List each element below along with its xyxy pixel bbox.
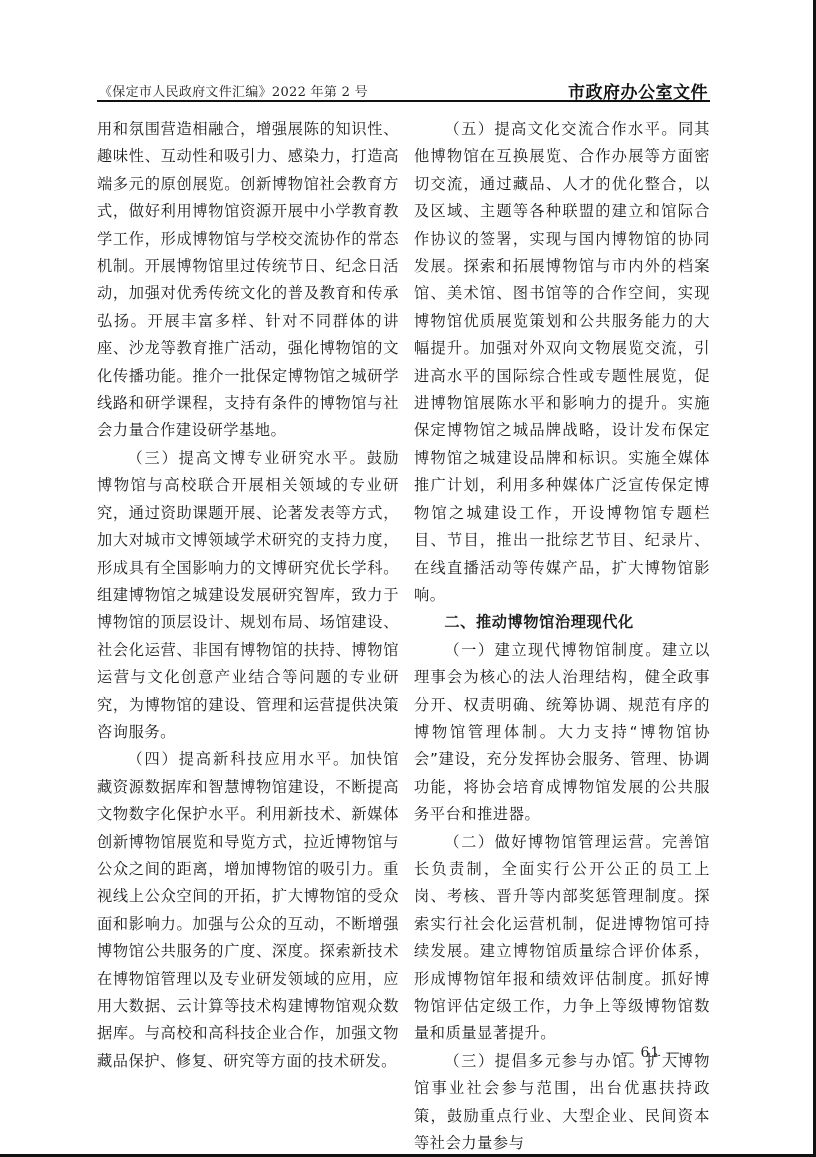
subsection-title: （一）建立现代博物馆制度。	[444, 641, 662, 659]
paragraph-body: 同其他博物馆在互换展览、合作办展等方面密切交流，通过藏品、人才的优化整合，以及区…	[414, 120, 710, 604]
paragraph-body: 建立以理事会为核心的法人治理结构，健全政事分开、权责明确、统筹协调、规范有序的博…	[414, 641, 710, 823]
publication-title: 《保定市人民政府文件汇编》2022 年第 2 号	[99, 81, 368, 100]
paragraph: （一）建立现代博物馆制度。建立以理事会为核心的法人治理结构，健全政事分开、权责明…	[414, 637, 710, 829]
subsection-title: （三）提倡多元参与办馆。	[444, 1052, 645, 1070]
paragraph-body: 鼓励博物馆与高校联合开展相关领域的专业研究，通过资助课题开展、论著发表等方式，加…	[97, 449, 399, 741]
paragraph: （四）提高新科技应用水平。加快馆藏资源数据库和智慧博物馆建设，不断提高文物数字化…	[97, 746, 399, 1075]
running-header: 《保定市人民政府文件汇编》2022 年第 2 号 市政府办公室文件	[97, 78, 710, 100]
paragraph: 用和氛围营造相融合，增强展陈的知识性、趣味性、互动性和吸引力、感染力，打造高端多…	[97, 116, 399, 445]
paragraph: （五）提高文化交流合作水平。同其他博物馆在互换展览、合作办展等方面密切交流，通过…	[414, 116, 710, 609]
paragraph: （三）提高文博专业研究水平。鼓励博物馆与高校联合开展相关领域的专业研究，通过资助…	[97, 445, 399, 746]
subsection-title: （四）提高新科技应用水平。	[127, 750, 350, 768]
subsection-title: （二）做好博物馆管理运营。	[444, 833, 662, 851]
left-column: 用和氛围营造相融合，增强展陈的知识性、趣味性、互动性和吸引力、感染力，打造高端多…	[97, 116, 399, 1075]
right-column: （五）提高文化交流合作水平。同其他博物馆在互换展览、合作办展等方面密切交流，通过…	[414, 116, 710, 1157]
section-heading: 二、推动博物馆治理现代化	[414, 609, 710, 636]
paragraph: （三）提倡多元参与办馆。扩大博物馆事业社会参与范围，出台优惠扶持政策，鼓励重点行…	[414, 1048, 710, 1157]
page-number: — 61 —	[620, 1045, 681, 1061]
paragraph-body: 加快馆藏资源数据库和智慧博物馆建设，不断提高文物数字化保护水平。利用新技术、新媒…	[97, 750, 399, 1069]
subsection-title: （三）提高文博专业研究水平。	[127, 449, 366, 467]
subsection-title: （五）提高文化交流合作水平。	[444, 120, 678, 138]
paragraph: （二）做好博物馆管理运营。完善馆长负责制，全面实行公开公正的员工上岗、考核、晋升…	[414, 829, 710, 1048]
header-rule	[97, 100, 710, 102]
paragraph-body: 完善馆长负责制，全面实行公开公正的员工上岗、考核、晋升等内部奖惩管理制度。探索实…	[414, 833, 710, 1043]
